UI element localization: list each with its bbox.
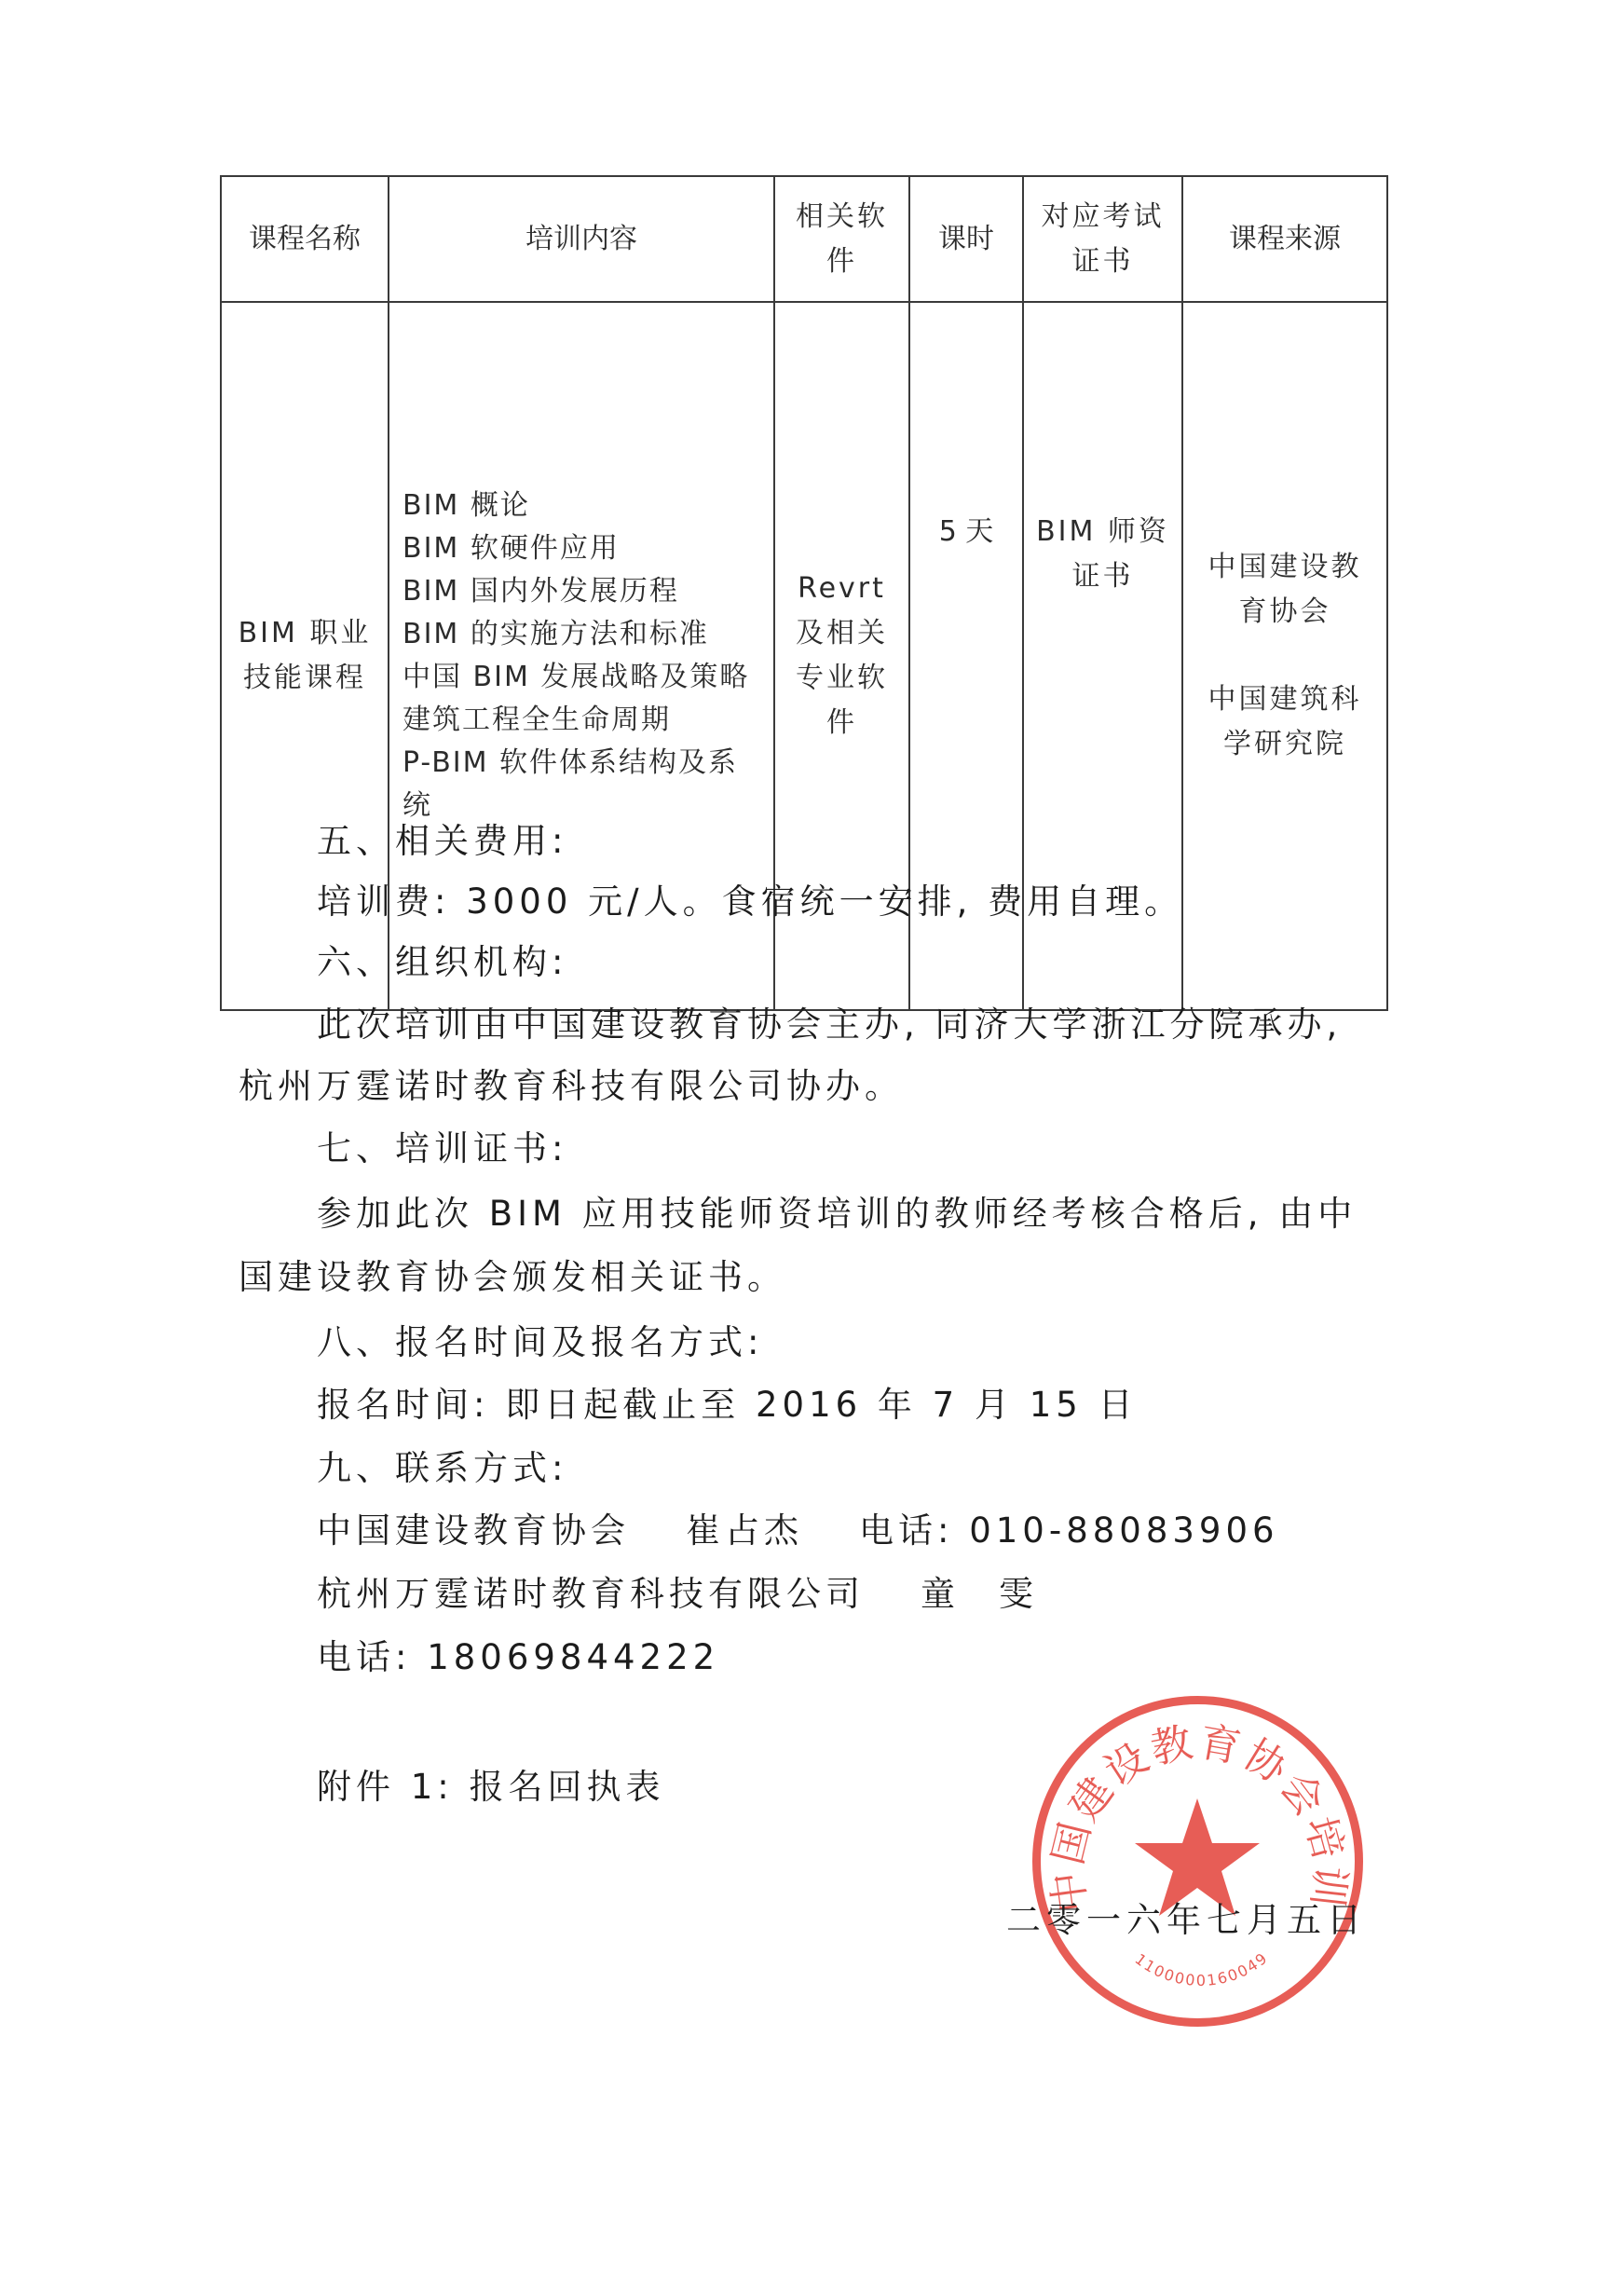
section-heading-signup: 八、报名时间及报名方式: — [317, 1321, 763, 1364]
cert-text-line-1: 参加此次 BIM 应用技能师资培训的教师经考核合格后, 由中 — [317, 1193, 1357, 1236]
contact-1-org: 中国建设教育协会 — [317, 1510, 630, 1551]
header-software: 相关软 件 — [774, 176, 909, 302]
contact-line-2: 杭州万霆诺时教育科技有限公司童 雯 — [317, 1573, 1038, 1616]
contact-2-org: 杭州万霆诺时教育科技有限公司 — [317, 1574, 865, 1614]
contact-2-name: 童 雯 — [921, 1574, 1038, 1614]
contact-1-phone: 电话: 010-88083906 — [859, 1510, 1279, 1551]
org-text-line-1: 此次培训由中国建设教育协会主办, 同济大学浙江分院承办, — [317, 1004, 1342, 1046]
contact-2-phone: 电话: 18069844222 — [317, 1636, 719, 1679]
signup-text: 报名时间: 即日起截止至 2016 年 7 月 15 日 — [317, 1384, 1138, 1427]
section-heading-org: 六、组织机构: — [317, 941, 567, 984]
header-hours: 课时 — [909, 176, 1023, 302]
cell-source: 中国建设教 育协会 中国建筑科 学研究院 — [1182, 302, 1387, 1010]
official-seal: 中国建设教育协会培训中心 1100000160049 — [1032, 1696, 1363, 2027]
header-course-name: 课程名称 — [221, 176, 389, 302]
attachment-note: 附件 1: 报名回执表 — [317, 1766, 665, 1809]
contact-line-1: 中国建设教育协会崔占杰电话: 010-88083906 — [317, 1510, 1279, 1552]
header-source: 课程来源 — [1182, 176, 1387, 302]
document-date: 二零一六年七月五日 — [1006, 1892, 1367, 1942]
table-header-row: 课程名称 培训内容 相关软 件 课时 对应考试 证书 课程来源 — [221, 176, 1387, 302]
cert-text-line-2: 国建设教育协会颁发相关证书。 — [239, 1256, 786, 1299]
contact-1-name: 崔占杰 — [686, 1510, 803, 1551]
section-heading-fees: 五、相关费用: — [317, 820, 567, 863]
svg-text:1100000160049: 1100000160049 — [1132, 1948, 1272, 1989]
seal-star-icon: 中国建设教育协会培训中心 1100000160049 — [1032, 1696, 1363, 2027]
header-content: 培训内容 — [389, 176, 774, 302]
org-text-line-2: 杭州万霆诺时教育科技有限公司协办。 — [239, 1065, 904, 1108]
fees-text: 培训费: 3000 元/人。食宿统一安排, 费用自理。 — [317, 881, 1183, 923]
section-heading-cert: 七、培训证书: — [317, 1127, 567, 1170]
header-cert: 对应考试 证书 — [1023, 176, 1182, 302]
document-page: 课程名称 培训内容 相关软 件 课时 对应考试 证书 课程来源 BIM 职业 技… — [0, 0, 1610, 2296]
section-heading-contact: 九、联系方式: — [317, 1447, 567, 1490]
